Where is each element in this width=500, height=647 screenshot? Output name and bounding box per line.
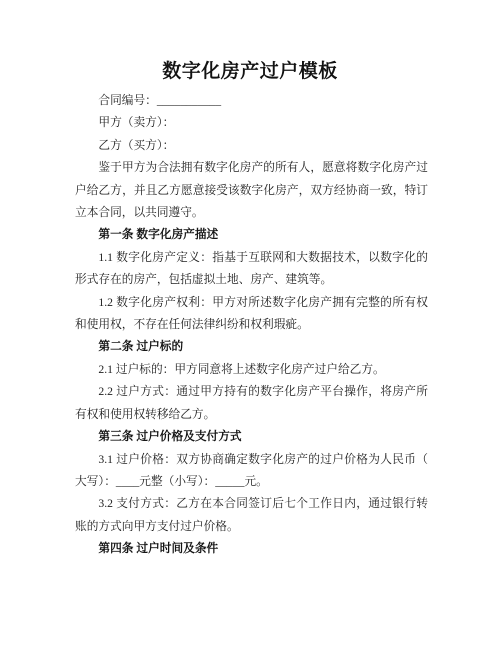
party-a-line: 甲方（卖方）： xyxy=(75,112,428,134)
clause-3-1: 3.1 过户价格：双方协商确定数字化房产的过户价格为人民币（大写）：____元整… xyxy=(75,449,428,494)
contract-document-page: 数字化房产过户模板 合同编号：___________甲方（卖方）：乙方（买方）：… xyxy=(0,0,500,647)
preamble-paragraph: 鉴于甲方为合法拥有数字化房产的所有人，愿意将数字化房产过户给乙方，并且乙方愿意接… xyxy=(75,157,428,224)
clause-3-2: 3.2 支付方式：乙方在本合同签订后七个工作日内，通过银行转账的方式向甲方支付过… xyxy=(75,493,428,538)
clause-1-1: 1.1 数字化房产定义：指基于互联网和大数据技术，以数字化的形式存在的房产，包括… xyxy=(75,247,428,292)
clause-2-2: 2.2 过户方式：通过甲方持有的数字化房产平台操作，将房产所有权和使用权转移给乙… xyxy=(75,381,428,426)
clause-2-1: 2.1 过户标的：甲方同意将上述数字化房产过户给乙方。 xyxy=(75,359,428,381)
party-b-line: 乙方（买方）： xyxy=(75,135,428,157)
document-title: 数字化房产过户模板 xyxy=(0,0,500,86)
clause-1-2: 1.2 数字化房产权利：甲方对所述数字化房产拥有完整的所有权和使用权，不存在任何… xyxy=(75,292,428,337)
contract-number-line: 合同编号：___________ xyxy=(75,90,428,112)
document-body: 合同编号：___________甲方（卖方）：乙方（买方）：鉴于甲方为合法拥有数… xyxy=(75,90,428,561)
heading-article-4: 第四条 过户时间及条件 xyxy=(75,538,428,560)
heading-article-3: 第三条 过户价格及支付方式 xyxy=(75,426,428,448)
heading-article-2: 第二条 过户标的 xyxy=(75,336,428,358)
heading-article-1: 第一条 数字化房产描述 xyxy=(75,224,428,246)
